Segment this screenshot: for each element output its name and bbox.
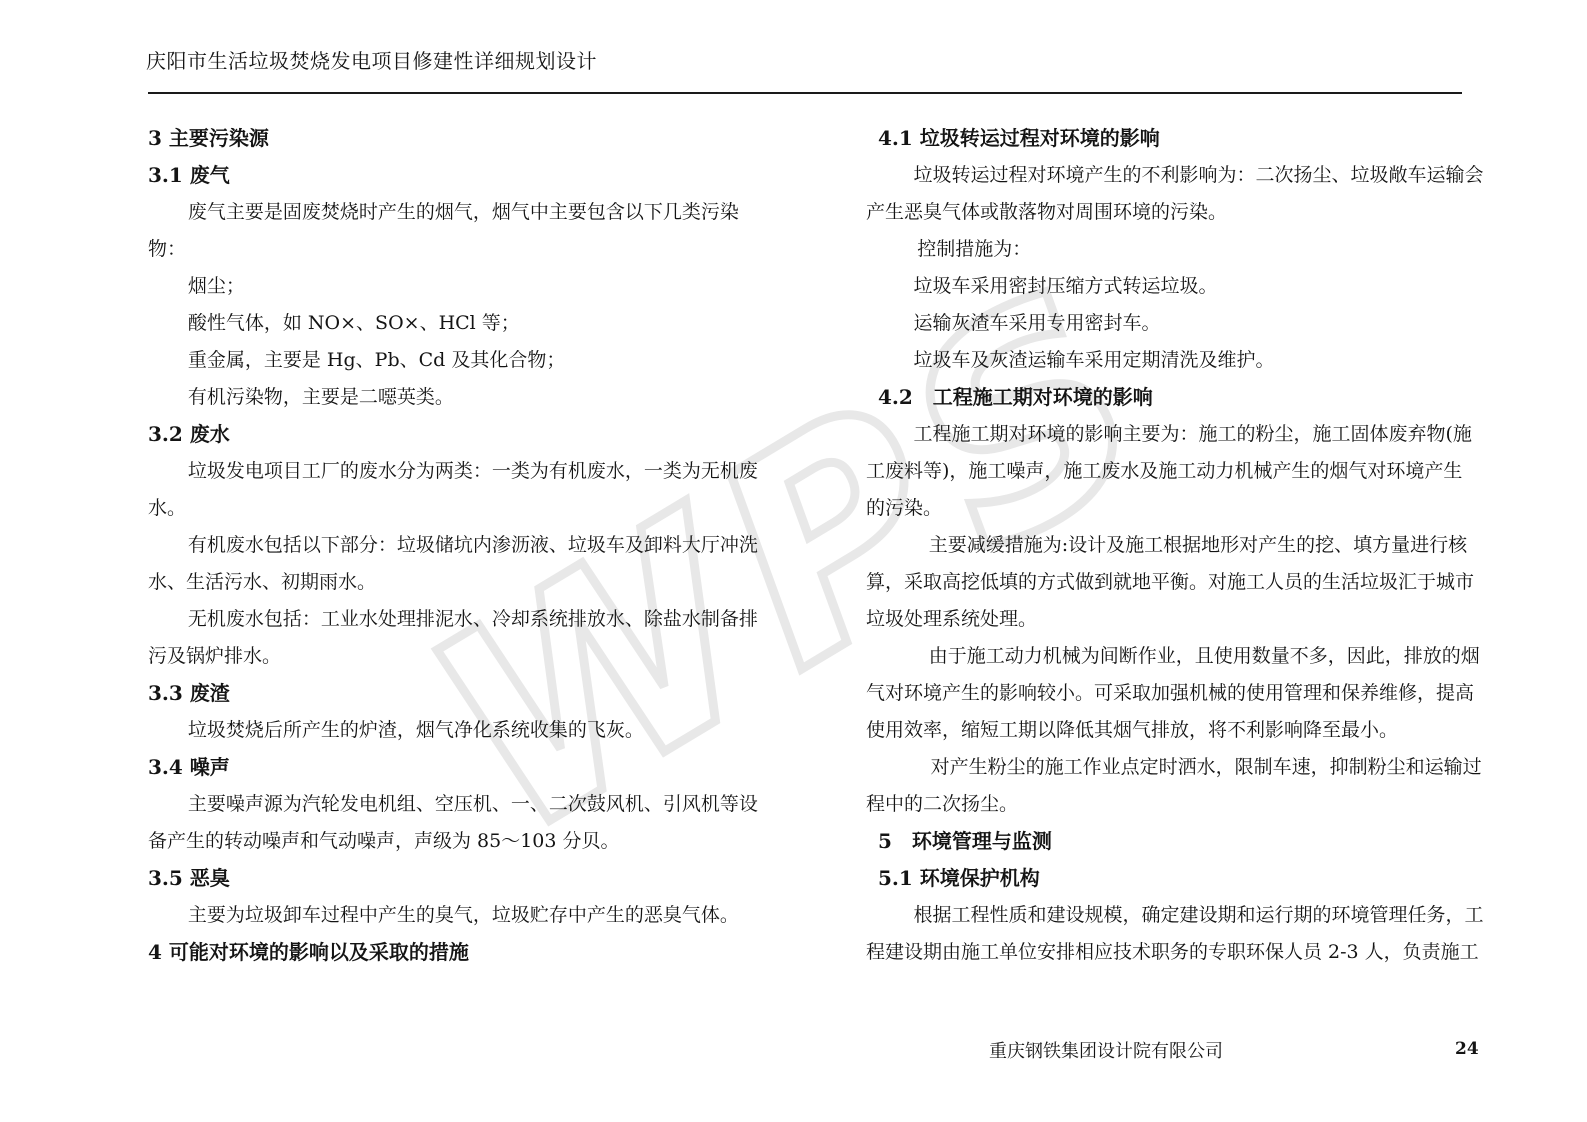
paragraph-line: 酸性气体，如 NO×、SO×、HCl 等；: [148, 305, 733, 342]
paragraph-line: 程中的二次扬尘。: [866, 786, 1462, 823]
paragraph-line: 垃圾转运过程对环境产生的不利影响为：二次扬尘、垃圾敞车运输会: [866, 157, 1462, 194]
section-heading: 3.4 噪声: [148, 749, 733, 786]
paragraph-line: 烟尘；: [148, 268, 733, 305]
section-heading: 5.1 环境保护机构: [866, 860, 1462, 897]
right-column: 4.1 垃圾转运过程对环境的影响垃圾转运过程对环境产生的不利影响为：二次扬尘、垃…: [866, 120, 1462, 971]
section-heading: 4 可能对环境的影响以及采取的措施: [148, 934, 733, 971]
paragraph-line: 重金属，主要是 Hg、Pb、Cd 及其化合物；: [148, 342, 733, 379]
paragraph-line: 水、生活污水、初期雨水。: [148, 564, 733, 601]
page-number: 24: [1455, 1039, 1479, 1059]
paragraph-line: 垃圾车及灰渣运输车采用定期清洗及维护。: [866, 342, 1462, 379]
document-page: 庆阳市生活垃圾焚烧发电项目修建性详细规划设计 WPS 3 主要污染源3.1 废气…: [0, 0, 1587, 1122]
section-heading: 3.2 废水: [148, 416, 733, 453]
paragraph-line: 工程施工期对环境的影响主要为：施工的粉尘，施工固体废弃物(施: [866, 416, 1462, 453]
paragraph-line: 的污染。: [866, 490, 1462, 527]
paragraph-line: 有机污染物，主要是二噁英类。: [148, 379, 733, 416]
company-name: 重庆钢铁集团设计院有限公司: [989, 1037, 1223, 1063]
paragraph-line: 备产生的转动噪声和气动噪声，声级为 85～103 分贝。: [148, 823, 733, 860]
paragraph-line: 垃圾发电项目工厂的废水分为两类：一类为有机废水，一类为无机废: [148, 453, 733, 490]
paragraph-line: 程建设期由施工单位安排相应技术职务的专职环保人员 2-3 人，负责施工: [866, 934, 1462, 971]
paragraph-line: 气对环境产生的影响较小。可采取加强机械的使用管理和保养维修，提高: [866, 675, 1462, 712]
section-heading: 4.1 垃圾转运过程对环境的影响: [866, 120, 1462, 157]
paragraph-line: 控制措施为：: [866, 231, 1462, 268]
section-heading: 3 主要污染源: [148, 120, 733, 157]
paragraph-line: 由于施工动力机械为间断作业，且使用数量不多，因此，排放的烟: [866, 638, 1462, 675]
paragraph-line: 使用效率，缩短工期以降低其烟气排放，将不利影响降至最小。: [866, 712, 1462, 749]
section-heading: 3.1 废气: [148, 157, 733, 194]
paragraph-line: 无机废水包括：工业水处理排泥水、冷却系统排放水、除盐水制备排: [148, 601, 733, 638]
section-heading: 3.5 恶臭: [148, 860, 733, 897]
paragraph-line: 物：: [148, 231, 733, 268]
document-title: 庆阳市生活垃圾焚烧发电项目修建性详细规划设计: [146, 45, 597, 74]
paragraph-line: 污及锅炉排水。: [148, 638, 733, 675]
section-heading: 4.2 工程施工期对环境的影响: [866, 379, 1462, 416]
paragraph-line: 水。: [148, 490, 733, 527]
paragraph-line: 产生恶臭气体或散落物对周围环境的污染。: [866, 194, 1462, 231]
left-column: 3 主要污染源3.1 废气废气主要是固废焚烧时产生的烟气，烟气中主要包含以下几类…: [148, 120, 733, 971]
section-heading: 5 环境管理与监测: [866, 823, 1462, 860]
header-divider: [148, 92, 1462, 94]
paragraph-line: 垃圾车采用密封压缩方式转运垃圾。: [866, 268, 1462, 305]
paragraph-line: 废气主要是固废焚烧时产生的烟气，烟气中主要包含以下几类污染: [148, 194, 733, 231]
paragraph-line: 对产生粉尘的施工作业点定时洒水，限制车速，抑制粉尘和运输过: [866, 749, 1462, 786]
paragraph-line: 主要减缓措施为:设计及施工根据地形对产生的挖、填方量进行核: [866, 527, 1462, 564]
paragraph-line: 算，采取高挖低填的方式做到就地平衡。对施工人员的生活垃圾汇于城市: [866, 564, 1462, 601]
paragraph-line: 主要为垃圾卸车过程中产生的臭气，垃圾贮存中产生的恶臭气体。: [148, 897, 733, 934]
paragraph-line: 主要噪声源为汽轮发电机组、空压机、一、二次鼓风机、引风机等设: [148, 786, 733, 823]
paragraph-line: 工废料等)，施工噪声，施工废水及施工动力机械产生的烟气对环境产生: [866, 453, 1462, 490]
paragraph-line: 有机废水包括以下部分：垃圾储坑内渗沥液、垃圾车及卸料大厅冲洗: [148, 527, 733, 564]
paragraph-line: 运输灰渣车采用专用密封车。: [866, 305, 1462, 342]
paragraph-line: 根据工程性质和建设规模，确定建设期和运行期的环境管理任务，工: [866, 897, 1462, 934]
section-heading: 3.3 废渣: [148, 675, 733, 712]
paragraph-line: 垃圾焚烧后所产生的炉渣，烟气净化系统收集的飞灰。: [148, 712, 733, 749]
paragraph-line: 垃圾处理系统处理。: [866, 601, 1462, 638]
